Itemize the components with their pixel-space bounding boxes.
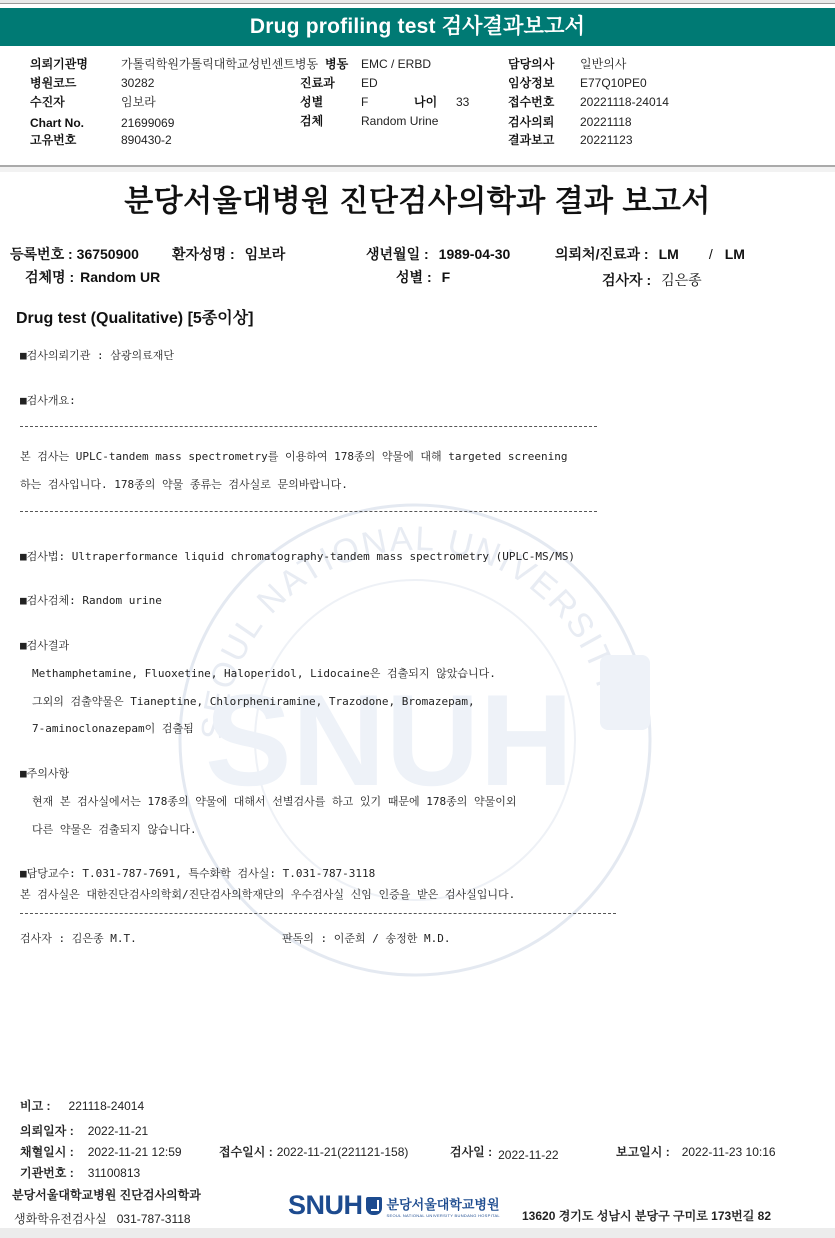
value-requesting-institution: 가톨릭학원가톨릭대학교성빈센트병동 [121,55,318,74]
report-title: 분당서울대병원 진단검사의학과 결과 보고서 [0,176,835,220]
label-department: 진료과 [300,74,335,93]
inst-no-value: 31100813 [88,1166,141,1180]
dept-value-2: LM [725,246,745,262]
overview-line-1: 본 검사는 UPLC-tandem mass spectrometry를 이용하… [20,448,568,464]
examiner-signature: 검사자 : 김은종 M.T. [20,930,137,946]
reg-no-label: 등록번호 : [10,246,73,262]
lab-name: 생화학유전검사실 [14,1212,107,1226]
label-age: 나이 [414,93,437,112]
label-specimen: 검체 [300,112,323,131]
svg-text:SNUH: SNUH [205,667,573,813]
report-time-value: 2022-11-23 10:16 [682,1145,776,1159]
caution-heading: ■주의사항 [20,765,69,781]
certification-note: 본 검사실은 대한진단검사의학회/진단검사의학재단의 우수검사실 신임 인증을 … [20,886,515,902]
result-line-1: Methamphetamine, Fluoxetine, Haloperidol… [32,665,496,681]
bottom-bar [0,1228,835,1238]
dob-value: 1989-04-30 [439,246,511,262]
label-ward: 병동 [325,55,348,74]
result-line-3: 7-aminoclonazepam이 검출됨 [32,720,194,736]
value-department: ED [361,74,378,93]
dashed-divider [20,511,597,512]
test-date-value: 2022-11-22 [498,1148,559,1162]
dob-label: 생년월일 : [366,246,429,262]
patient-specimen: 검체명 :Random UR [25,267,160,287]
specimen-value: Random UR [80,269,160,285]
label-result-report: 결과보고 [508,131,554,150]
snuh-logo: SNUH 분당서울대학교병원 SEOUL NATIONAL UNIVERSITY… [288,1190,500,1221]
value-result-report: 20221123 [580,131,633,150]
overview-heading: ■검사개요: [20,392,76,408]
value-specimen: Random Urine [361,112,438,131]
receive-time-label: 접수일시 : [219,1145,273,1159]
overview-line-2: 하는 검사입니다. 178종의 약물 종류는 검사실로 문의바랍니다. [20,476,348,492]
top-rule [0,0,835,4]
dept-separator: / [709,246,713,262]
contact-info: ■담당교수: T.031-787-7691, 특수화학 검사실: T.031-7… [20,865,375,881]
logo-korean: 분당서울대학교병원 SEOUL NATIONAL UNIVERSITY BUND… [387,1194,500,1218]
value-unique-no: 890430-2 [121,131,172,150]
label-hospital-code: 병원코드 [30,74,76,93]
test-method: ■검사법: Ultraperformance liquid chromatogr… [20,548,575,564]
value-hospital-code: 30282 [121,74,154,93]
lab-phone: 031-787-3118 [117,1212,191,1226]
value-test-request: 20221118 [580,113,632,132]
shield-icon [366,1197,382,1215]
caution-line-1: 현재 본 검사실에서는 178종의 약물에 대해서 선별검사를 하고 있기 때문… [32,793,517,809]
label-receipt-no: 접수번호 [508,93,554,112]
footer-collect-time: 채혈일시 :2022-11-21 12:59 [20,1143,182,1160]
receive-time-value: 2022-11-21(221121-158) [277,1145,409,1159]
label-requesting-institution: 의뢰기관명 [30,55,88,74]
remark-label: 비고 : [20,1099,51,1113]
patient-name-value: 임보라 [245,246,286,262]
label-unique-no: 고유번호 [30,131,76,150]
footer-request-date: 의뢰일자 :2022-11-21 [20,1122,148,1139]
divider-shade [0,167,835,172]
request-date-label: 의뢰일자 : [20,1124,74,1138]
patient-name: 환자성명 :임보라 [172,244,285,264]
label-clinical-info: 임상정보 [508,74,554,93]
test-date-label: 검사일 : [450,1145,492,1159]
report-banner: Drug profiling test 검사결과보고서 [0,8,835,46]
value-age: 33 [456,93,469,112]
value-sex: F [361,93,368,112]
logo-text: SNUH [288,1190,363,1221]
dashed-divider [20,913,616,914]
logo-korean-name: 분당서울대학교병원 [387,1194,500,1213]
dept-value: LM [659,246,679,262]
specimen-label: 검체명 : [25,269,74,285]
label-chart-no: Chart No. [30,114,84,133]
reader-signature: 판독의 : 이준희 / 송정한 M.D. [282,930,450,946]
dashed-divider [20,426,597,427]
result-line-2: 그외의 검출약물은 Tianeptine, Chlorpheniramine, … [32,693,475,709]
sex-label: 성별 : [396,269,432,285]
footer-report-time: 보고일시 :2022-11-23 10:16 [616,1143,776,1160]
patient-dept: 의뢰처/진료과 :LM/LM [555,244,745,264]
dept-label: 의뢰처/진료과 : [555,246,649,262]
inst-no-label: 기관번호 : [20,1166,74,1180]
footer-address: 13620 경기도 성남시 분당구 구미로 173번길 82 [522,1207,771,1224]
footer-test-date: 검사일 :2022-11-22 [450,1143,559,1160]
hospital-seal-watermark-icon: SEOUL NATIONAL UNIVERSITY BUNDANG HOSPIT… [165,490,665,990]
report-time-label: 보고일시 : [616,1145,670,1159]
lab-institution: ■검사의뢰기관 : 삼광의료재단 [20,347,174,363]
value-clinical-info: E77Q10PE0 [580,74,647,93]
reg-no-value: 36750900 [77,246,139,262]
result-heading: ■검사결과 [20,637,69,653]
footer-remark: 비고 :221118-24014 [20,1097,144,1114]
sex-value: F [442,269,451,285]
patient-dob: 생년월일 :1989-04-30 [366,244,510,264]
value-attending-doctor: 일반의사 [580,55,626,74]
patient-sex: 성별 :F [396,267,450,287]
request-date-value: 2022-11-21 [88,1124,149,1138]
label-attending-doctor: 담당의사 [508,55,554,74]
patient-examiner: 검사자 :김은종 [602,270,702,290]
value-chart-no: 21699069 [121,114,174,133]
footer-receive-time: 접수일시 :2022-11-21(221121-158) [219,1143,408,1160]
caution-line-2: 다른 약물은 검출되지 않습니다. [32,821,197,837]
test-name: Drug test (Qualitative) [5종이상] [16,305,254,328]
value-receipt-no: 20221118-24014 [580,93,669,112]
collect-time-label: 채혈일시 : [20,1145,74,1159]
test-specimen: ■검사검체: Random urine [20,592,162,608]
value-ward: EMC / ERBD [361,55,431,74]
label-sex: 성별 [300,93,323,112]
logo-english-name: SEOUL NATIONAL UNIVERSITY BUNDANG HOSPIT… [387,1213,500,1218]
footer-dept-name: 분당서울대학교병원 진단검사의학과 [12,1186,201,1203]
examiner-value: 김은종 [661,272,702,288]
examiner-label: 검사자 : [602,272,651,288]
label-test-request: 검사의뢰 [508,113,554,132]
patient-reg-no: 등록번호 :36750900 [10,244,139,264]
patient-name-label: 환자성명 : [172,246,235,262]
value-patient: 임보라 [121,93,156,112]
footer-inst-no: 기관번호 :31100813 [20,1164,140,1181]
collect-time-value: 2022-11-21 12:59 [88,1145,182,1159]
footer-lab: 생화학유전검사실031-787-3118 [14,1210,191,1227]
label-patient: 수진자 [30,93,65,112]
remark-value: 221118-24014 [69,1099,145,1113]
